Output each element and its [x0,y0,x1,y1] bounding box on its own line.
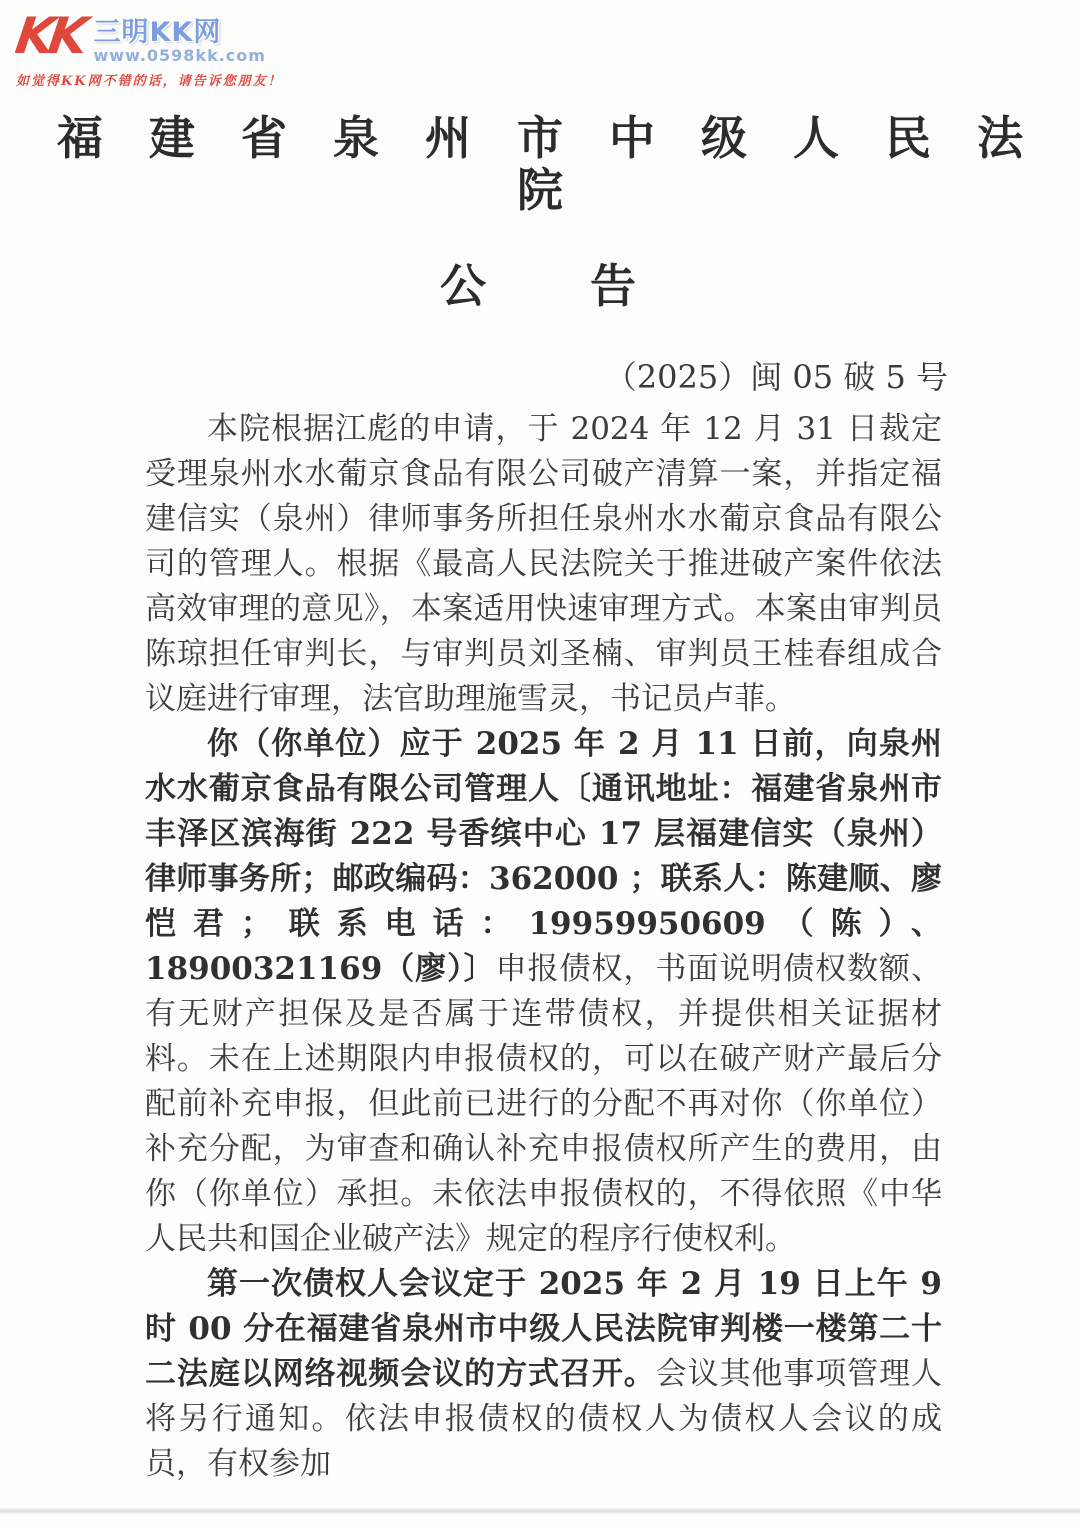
paragraph-claim-declaration: 你（你单位）应于 2025 年 2 月 11 日前，向泉州水水葡京食品有限公司管… [145,722,942,1262]
site-name: 三明KK网 [94,19,266,47]
court-name-title: 福 建 省 泉 州 市 中 级 人 民 法 院 [0,112,1080,216]
paragraph-text: 申报债权，书面说明债权数额、有无财产担保及是否属于连带债权，并提供相关证据材料。… [145,951,942,1257]
case-number: （2025）闽 05 破 5 号 [0,359,1080,395]
site-tagline: 如觉得KK网不错的话，请告诉您朋友！ [16,70,316,89]
site-logo-text: 三明KK网 www.0598kk.com [94,12,266,64]
doc-type-title: 公 告 [0,260,1080,312]
paragraph-text-bold: 你（你单位）应于 2025 年 2 月 11 日前，向泉州水水葡京食品有限公司管… [145,726,942,987]
paragraph-case-acceptance: 本院根据江彪的申请，于 2024 年 12 月 31 日裁定受理泉州水水葡京食品… [145,407,942,722]
document-body: 本院根据江彪的申请，于 2024 年 12 月 31 日裁定受理泉州水水葡京食品… [145,407,942,1487]
scanned-document-page: KK 三明KK网 www.0598kk.com 如觉得KK网不错的话，请告诉您朋… [0,0,1080,1527]
paragraph-creditors-meeting: 第一次债权人会议定于 2025 年 2 月 19 日上午 9 时 00 分在福建… [145,1262,942,1487]
site-logo: KK 三明KK网 www.0598kk.com [16,12,316,64]
site-url: www.0598kk.com [94,47,266,64]
site-watermark: KK 三明KK网 www.0598kk.com 如觉得KK网不错的话，请告诉您朋… [16,12,316,89]
kk-logo-icon: KK [13,12,93,60]
paragraph-text: 本院根据江彪的申请，于 2024 年 12 月 31 日裁定受理泉州水水葡京食品… [145,411,942,717]
page-edge-shadow [0,1508,1080,1514]
